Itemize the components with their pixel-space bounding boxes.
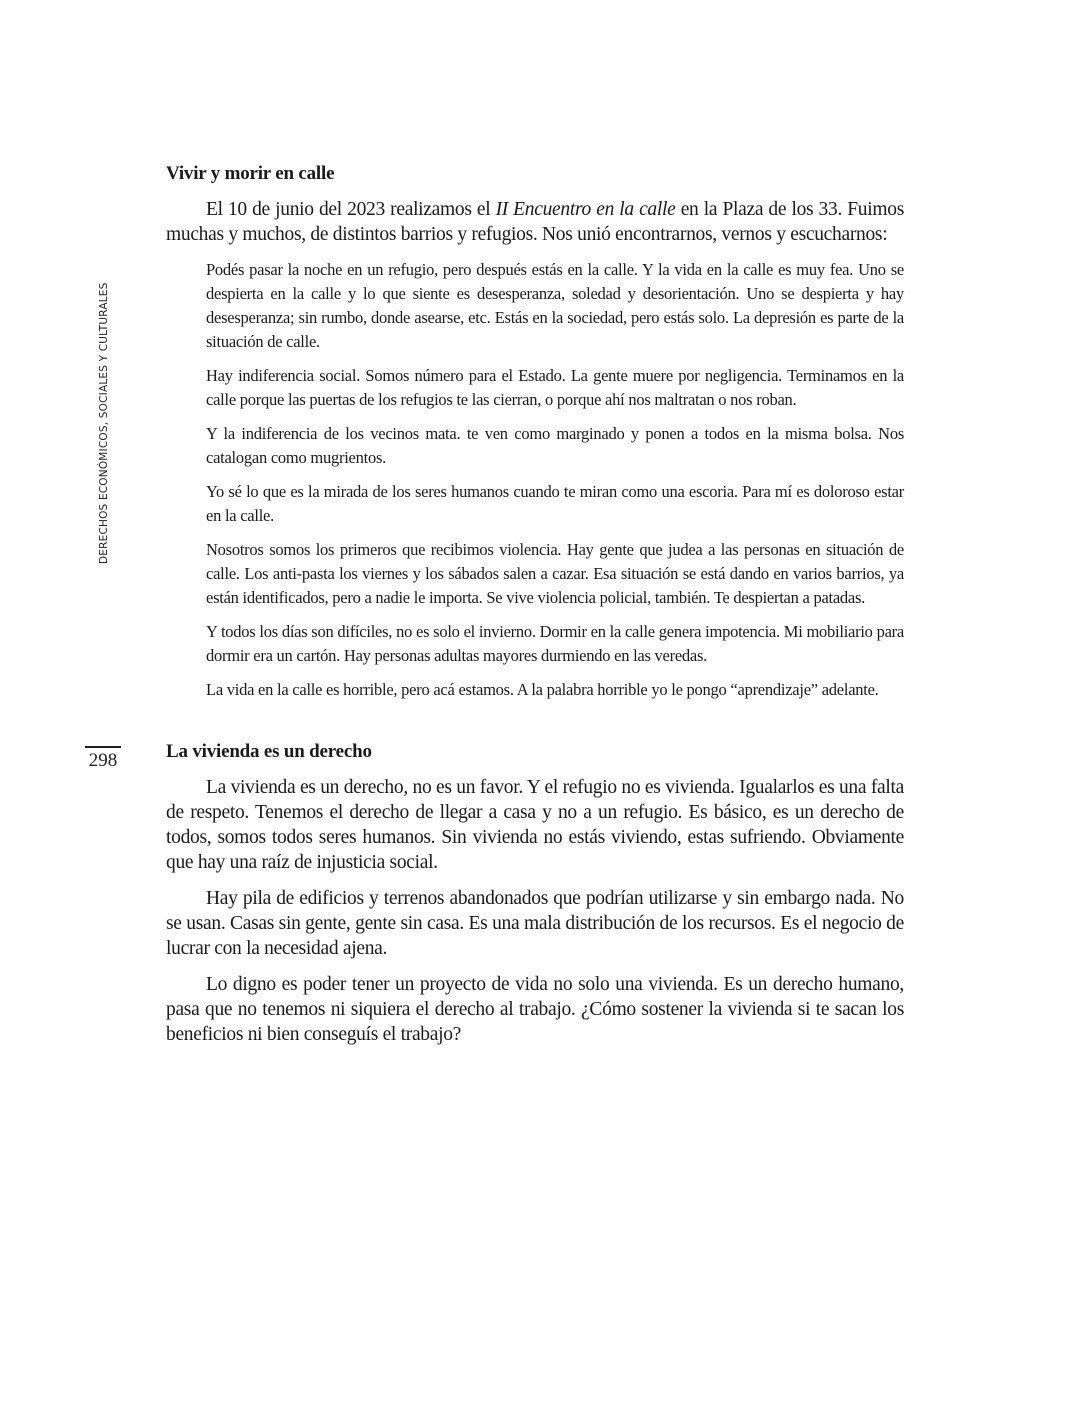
quote-paragraph: Hay indiferencia social. Somos número pa… — [206, 364, 904, 412]
body-paragraph: La vivienda es un derecho, no es un favo… — [166, 775, 904, 876]
body-paragraph: Lo digno es poder tener un proyecto de v… — [166, 972, 904, 1048]
running-head: DERECHOS ECONÓMICOS, SOCIALES Y CULTURAL… — [98, 244, 110, 564]
quote-paragraph: Y la indiferencia de los vecinos mata. t… — [206, 422, 904, 470]
event-title-italic: II Encuentro en la calle — [496, 199, 676, 220]
body-paragraph: Hay pila de edificios y terrenos abandon… — [166, 886, 904, 962]
section-spacer — [166, 712, 904, 738]
quote-paragraph: Podés pasar la noche en un refugio, pero… — [206, 258, 904, 354]
intro-text-before: El 10 de junio del 2023 realizamos el — [206, 199, 496, 220]
section-heading-vivienda-derecho: La vivienda es un derecho — [166, 738, 904, 766]
testimony-quotes: Podés pasar la noche en un refugio, pero… — [206, 258, 904, 702]
quote-paragraph: Y todos los días son difíciles, no es so… — [206, 620, 904, 668]
page-number-rule — [85, 746, 121, 748]
section-heading-vivir-y-morir: Vivir y morir en calle — [166, 160, 904, 188]
quote-paragraph: Nosotros somos los primeros que recibimo… — [206, 538, 904, 610]
quote-paragraph: Yo sé lo que es la mirada de los seres h… — [206, 480, 904, 528]
page-number: 298 — [85, 750, 121, 772]
page-content: Vivir y morir en calle El 10 de junio de… — [166, 160, 904, 1058]
intro-paragraph: El 10 de junio del 2023 realizamos el II… — [166, 197, 904, 248]
quote-paragraph: La vida en la calle es horrible, pero ac… — [206, 678, 904, 702]
